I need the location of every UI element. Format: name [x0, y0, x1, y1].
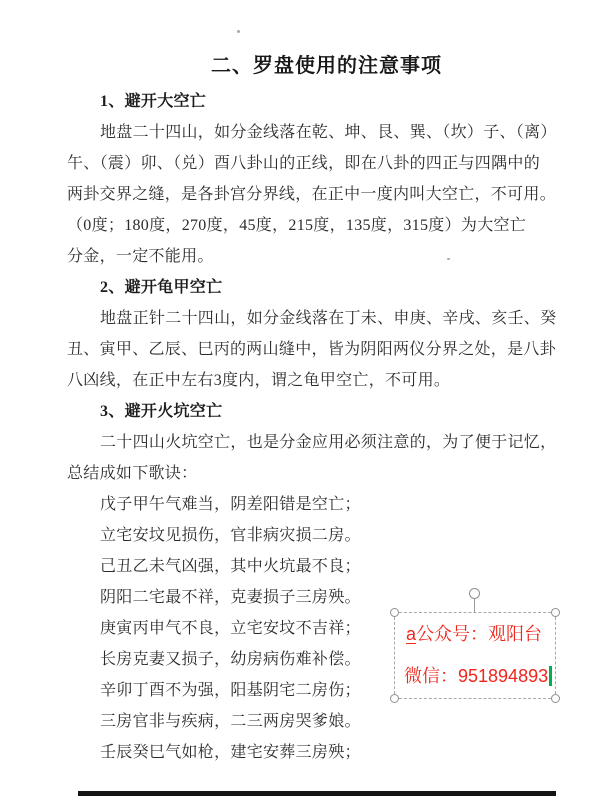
text-line: 八凶线，在正中左右3度内，谓之龟甲空亡，不可用。 — [67, 365, 559, 396]
section-heading: 2、避开龟甲空亡 — [67, 272, 559, 303]
rotation-handle-icon[interactable] — [469, 588, 480, 599]
text-line: 二十四山火坑空亡，也是分金应用必须注意的，为了便于记忆， — [67, 427, 559, 458]
annotation-line1-text: 公众号：观阳台 — [416, 624, 542, 644]
resize-handle-bottom-right[interactable] — [551, 694, 560, 703]
text-line: 立宅安坟见损伤，官非病灾损二房。 — [67, 520, 559, 551]
resize-handle-top-left[interactable] — [390, 608, 399, 617]
annotation-line1-prefix: a — [406, 624, 416, 644]
text-line: 己丑乙未气凶强，其中火坑最不良； — [67, 551, 559, 582]
text-line: 地盘二十四山，如分金线落在乾、坤、艮、巽、（坎）子、（离） — [67, 117, 559, 148]
resize-handle-top-right[interactable] — [551, 608, 560, 617]
rotation-handle-stem — [474, 598, 475, 613]
text-line: 戊子甲午气难当，阴差阳错是空亡； — [67, 489, 559, 520]
text-line: 两卦交界之缝，是各卦宫分界线，在正中一度内叫大空亡，不可用。 — [67, 179, 559, 210]
text-line: 阴阳二宅最不祥，克妻损子三房殃。 — [67, 582, 559, 613]
text-line: 分金，一定不能用。 — [67, 241, 559, 272]
section-heading: 1、避开大空亡 — [67, 86, 559, 117]
annotation-line2-text: 微信：951894893 — [404, 666, 548, 686]
text-line: 丑、寅甲、乙辰、巳丙的两山缝中，皆为阴阳两仪分界之处，是八卦 — [67, 334, 559, 365]
text-line: 壬辰癸巳气如枪，建宅安葬三房殃； — [67, 737, 559, 768]
text-line: 总结成如下歌诀： — [67, 458, 559, 489]
annotation-line-1: a公众号：观阳台 — [406, 620, 542, 646]
scan-artifact-bar — [78, 791, 556, 796]
annotation-line-2: 微信：951894893 — [404, 662, 552, 688]
text-line: 午、（震）卯、（兑）酉八卦山的正线，即在八卦的四正与四隅中的 — [67, 148, 559, 179]
annotation-textbox[interactable]: a公众号：观阳台 微信：951894893 — [394, 612, 556, 699]
section-heading: 3、避开火坑空亡 — [67, 396, 559, 427]
scan-speck — [237, 30, 240, 33]
resize-handle-bottom-left[interactable] — [390, 694, 399, 703]
text-line: 地盘正针二十四山，如分金线落在丁未、申庚、辛戌、亥壬、癸 — [67, 303, 559, 334]
text-line: 三房官非与疾病，二三两房哭爹娘。 — [67, 706, 559, 737]
scanned-document-page: 二、罗盘使用的注意事项 1、避开大空亡地盘二十四山，如分金线落在乾、坤、艮、巽、… — [0, 0, 613, 797]
text-cursor — [549, 666, 552, 686]
page-title: 二、罗盘使用的注意事项 — [0, 49, 613, 78]
scan-speck — [447, 258, 450, 260]
text-line: （0度；180度，270度，45度，215度，135度，315度）为大空亡 — [67, 210, 559, 241]
